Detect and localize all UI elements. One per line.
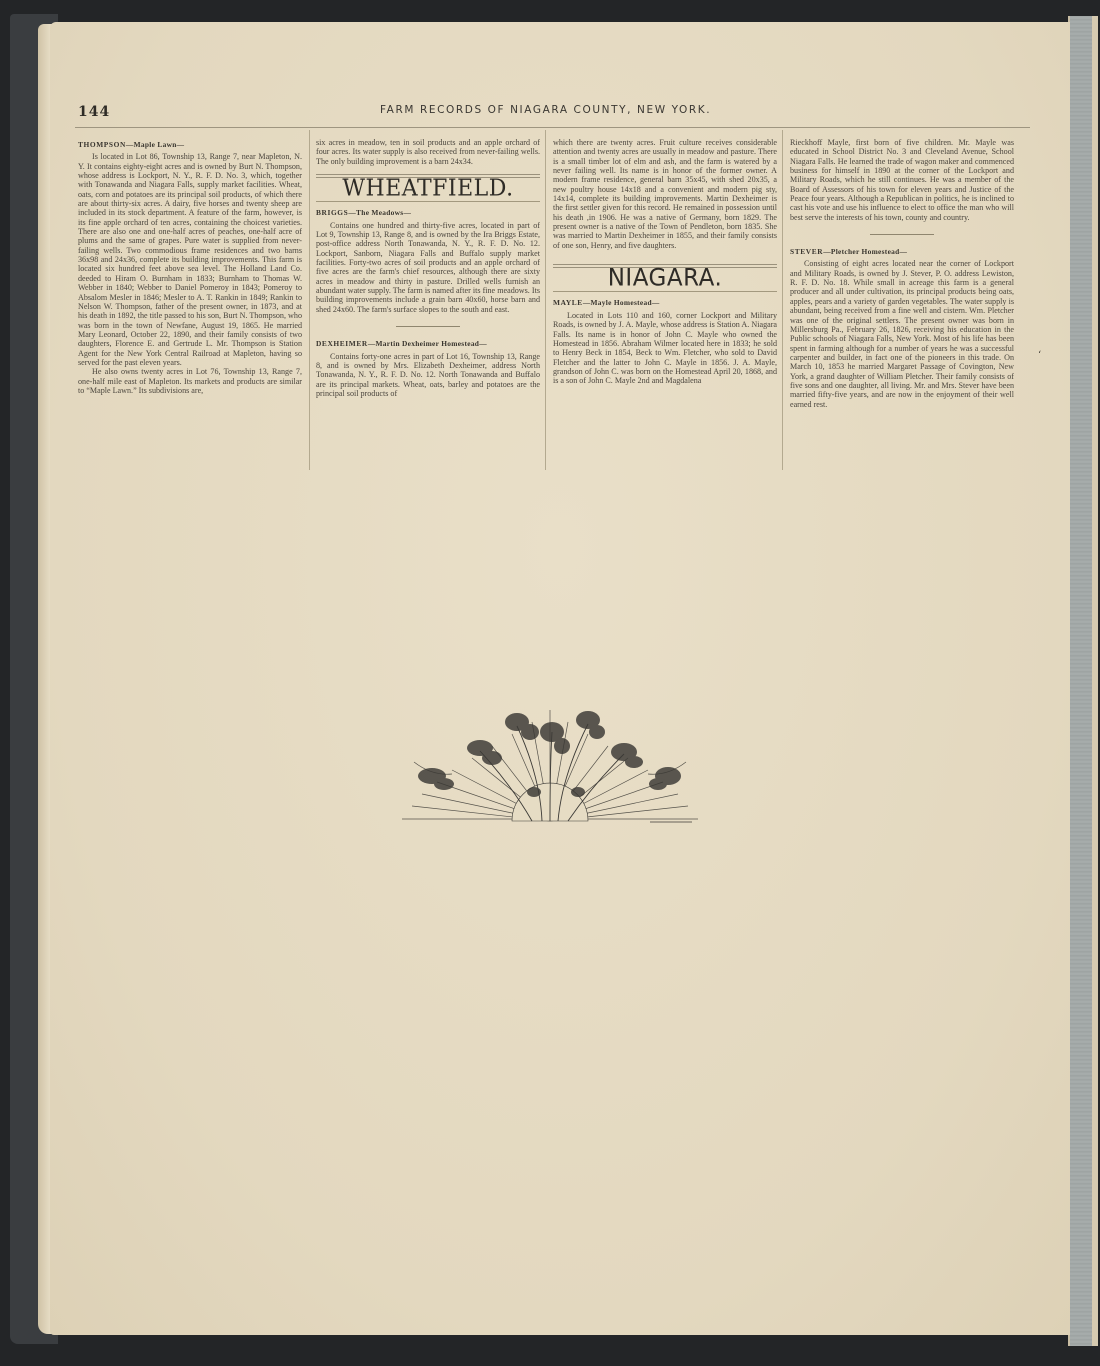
entry-farm-name: —Mayle Homestead— bbox=[583, 298, 660, 307]
entry-name: STEVER bbox=[790, 247, 823, 256]
entry-heading-briggs: BRIGGS—The Meadows— bbox=[316, 208, 540, 217]
entry-name: DEXHEIMER bbox=[316, 339, 368, 348]
column-divider bbox=[309, 130, 310, 470]
running-head: FARM RECORDS OF NIAGARA COUNTY, NEW YORK… bbox=[380, 104, 711, 116]
header-rule bbox=[75, 127, 1030, 128]
entry-paragraph: He also owns twenty acres in Lot 76, Tow… bbox=[78, 367, 302, 395]
entry-farm-name: —The Meadows— bbox=[348, 208, 411, 217]
entry-separator bbox=[396, 326, 460, 327]
column-1: THOMPSON—Maple Lawn— Is located in Lot 8… bbox=[78, 138, 302, 395]
entry-farm-name: —Martin Dexheimer Homestead— bbox=[368, 339, 487, 348]
entry-heading-thompson: THOMPSON—Maple Lawn— bbox=[78, 140, 302, 149]
entry-name: THOMPSON bbox=[78, 140, 126, 149]
entry-name: MAYLE bbox=[553, 298, 583, 307]
entry-separator bbox=[870, 234, 934, 235]
entry-farm-name: —Pletcher Homestead— bbox=[823, 247, 907, 256]
continued-paragraph: Rieckhoff Mayle, first born of five chil… bbox=[790, 138, 1014, 222]
column-3: which there are twenty acres. Fruit cult… bbox=[553, 138, 777, 386]
column-divider bbox=[782, 130, 783, 470]
section-title-niagara: NIAGARA. bbox=[553, 274, 777, 284]
margin-mark: ʻ bbox=[1038, 350, 1041, 361]
entry-paragraph: Consisting of eight acres located near t… bbox=[790, 259, 1014, 409]
column-2: six acres in meadow, ten in soil product… bbox=[316, 138, 540, 398]
page-number: 144 bbox=[78, 104, 110, 120]
entry-paragraph: Contains one hundred and thirty-five acr… bbox=[316, 221, 540, 314]
entry-paragraph: Contains forty-one acres in part of Lot … bbox=[316, 352, 540, 399]
entry-name: BRIGGS bbox=[316, 208, 348, 217]
column-4: Rieckhoff Mayle, first born of five chil… bbox=[790, 138, 1014, 409]
page-edges-right bbox=[1068, 16, 1098, 1346]
entry-paragraph: Located in Lots 110 and 160, corner Lock… bbox=[553, 311, 777, 386]
entry-heading-dexheimer: DEXHEIMER—Martin Dexheimer Homestead— bbox=[316, 339, 540, 348]
entry-heading-mayle: MAYLE—Mayle Homestead— bbox=[553, 298, 777, 307]
iris-flowers-tailpiece-icon bbox=[392, 696, 708, 826]
continued-paragraph: which there are twenty acres. Fruit cult… bbox=[553, 138, 777, 250]
column-divider bbox=[545, 130, 546, 470]
section-title-wheatfield: WHEATFIELD. bbox=[316, 184, 540, 194]
continued-paragraph: six acres in meadow, ten in soil product… bbox=[316, 138, 540, 166]
entry-paragraph: Is located in Lot 86, Township 13, Range… bbox=[78, 152, 302, 367]
entry-farm-name: —Maple Lawn— bbox=[126, 140, 184, 149]
entry-heading-stever: STEVER—Pletcher Homestead— bbox=[790, 247, 1014, 256]
